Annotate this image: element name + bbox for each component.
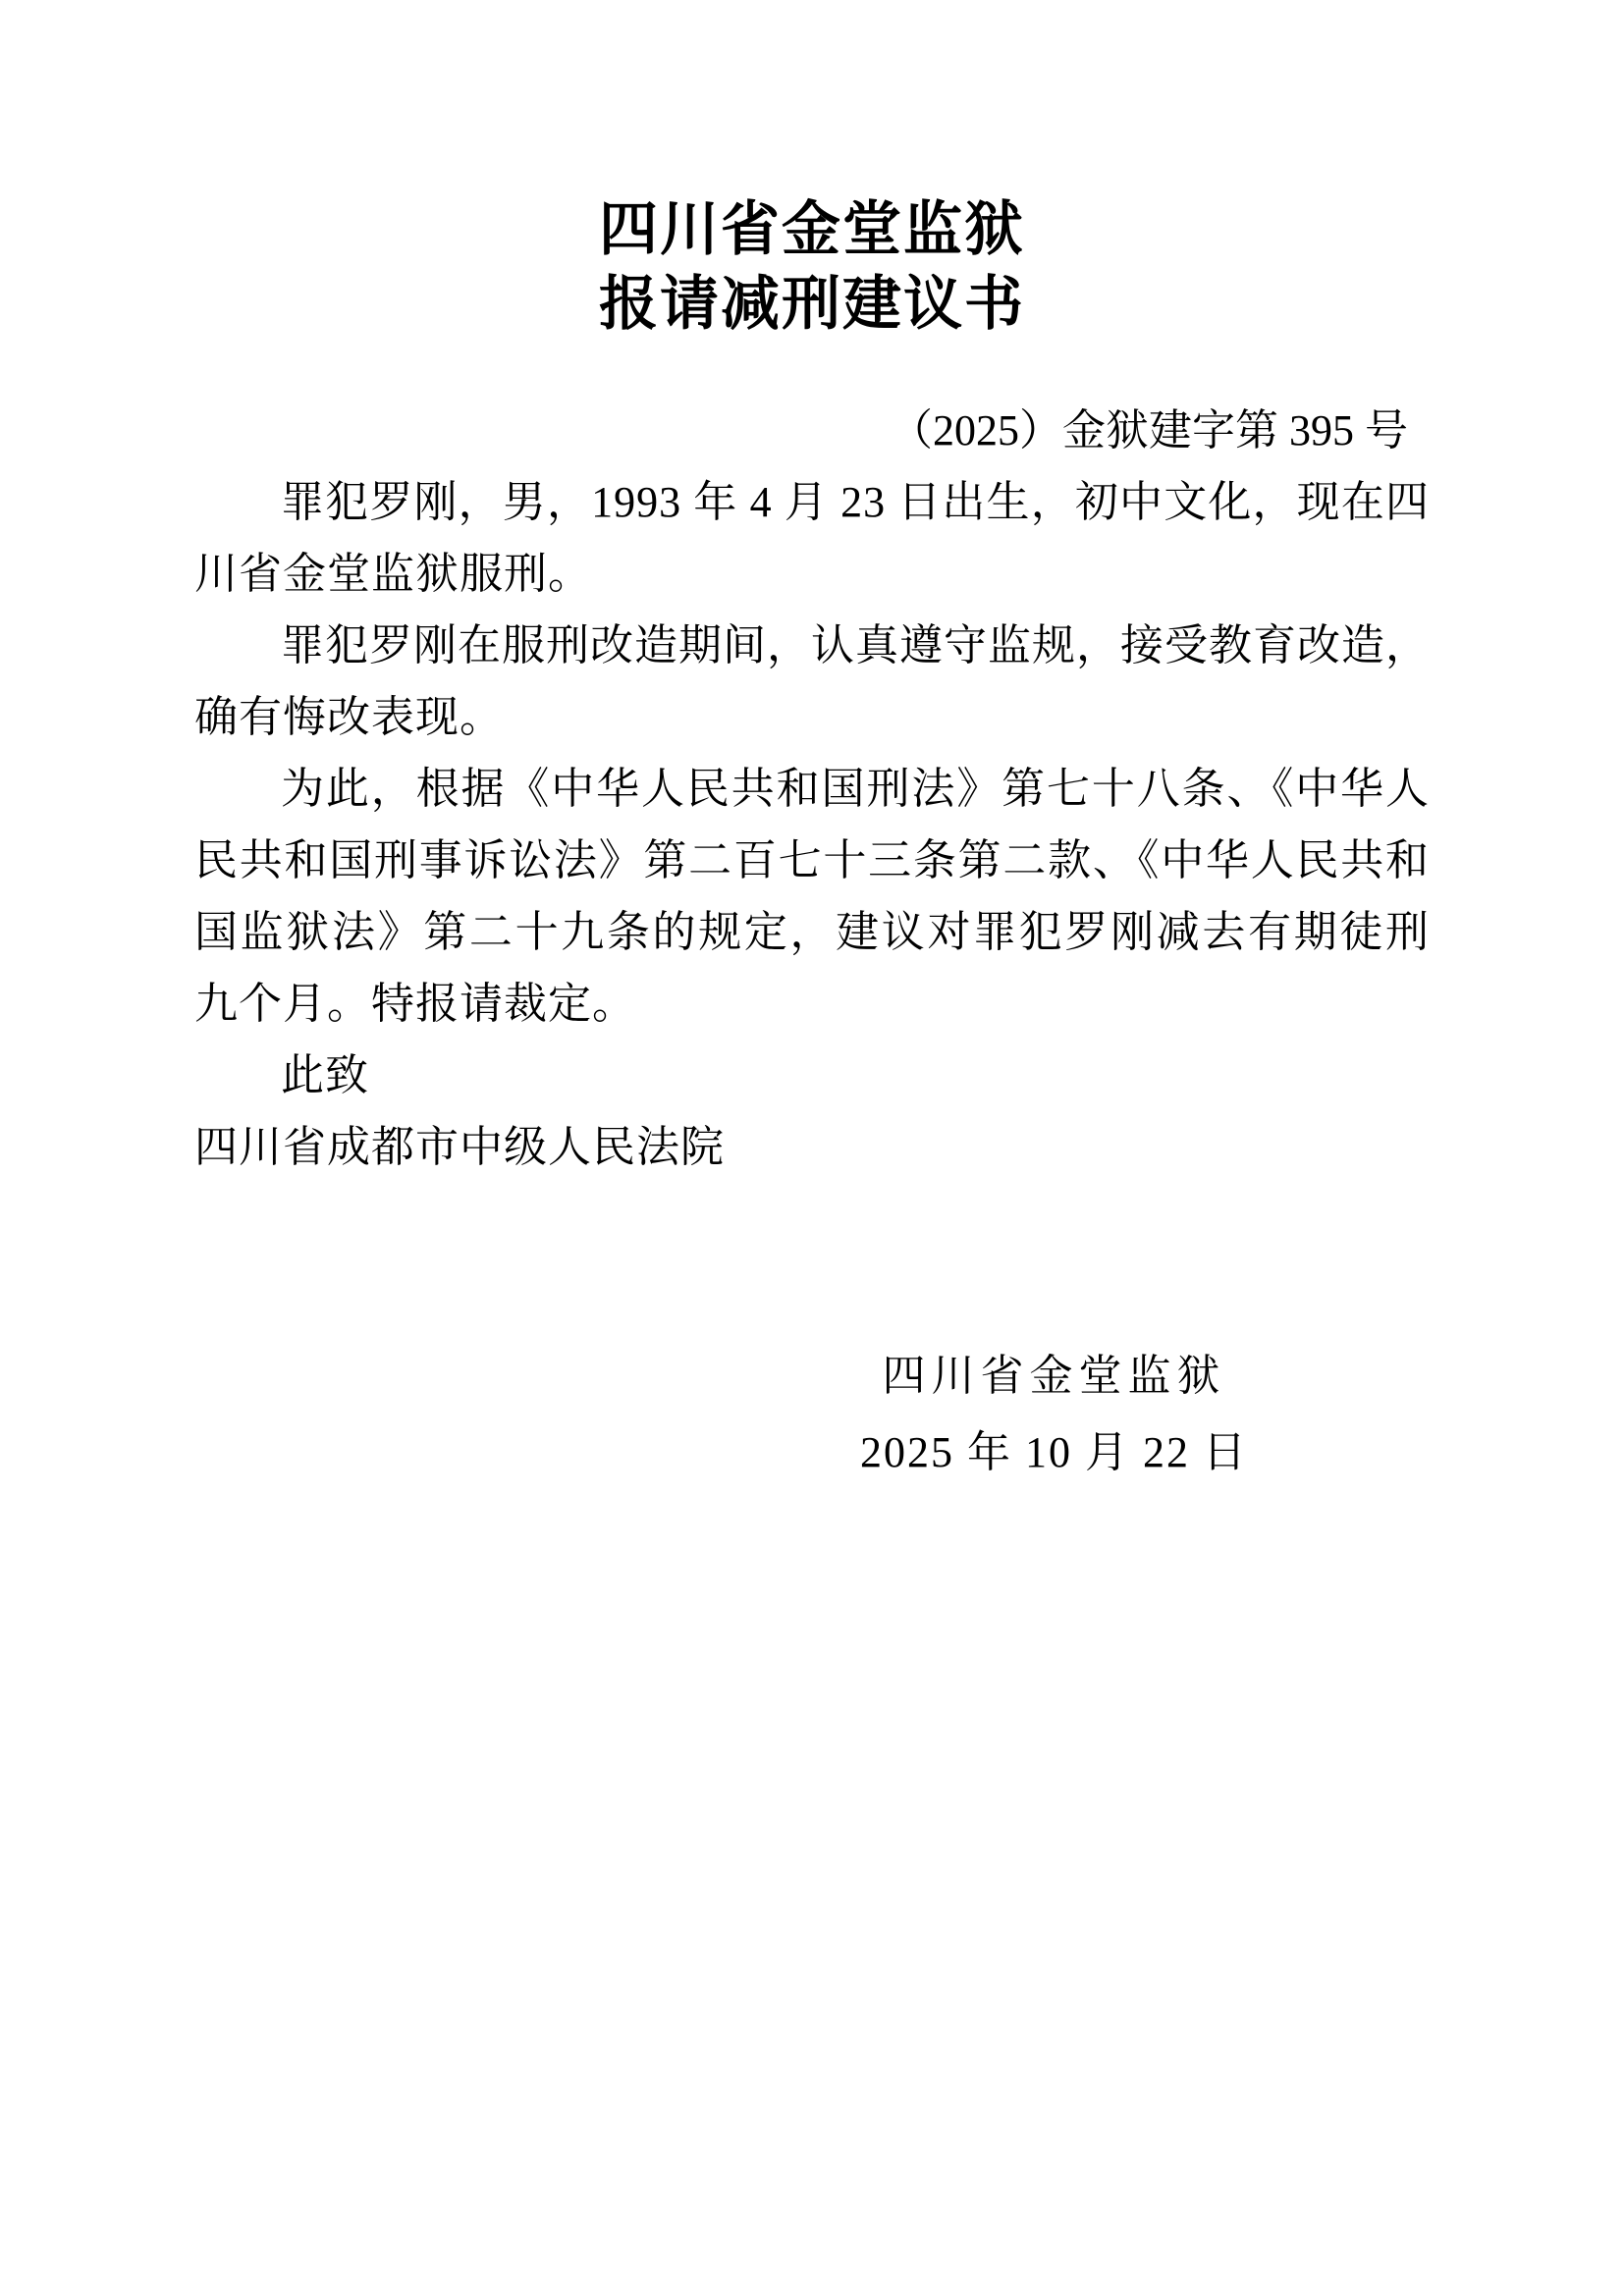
paragraph-legal-basis: 为此，根据《中华人民共和国刑法》第七十八条、《中华人民共和国刑事诉讼法》第二百七… xyxy=(194,753,1430,1040)
document-number: （2025）金狱建字第 395 号 xyxy=(194,395,1430,466)
paragraph-offender-info: 罪犯罗刚，男，1993 年 4 月 23 日出生，初中文化，现在四川省金堂监狱服… xyxy=(194,466,1430,610)
signature-date: 2025 年 10 月 22 日 xyxy=(860,1415,1248,1491)
signature-organization: 四川省金堂监狱 xyxy=(860,1338,1248,1415)
document-title-line2: 报请减刑建议书 xyxy=(194,267,1430,342)
recipient-court: 四川省成都市中级人民法院 xyxy=(194,1111,1430,1183)
salutation: 此致 xyxy=(194,1040,1430,1111)
document-title: 四川省金堂监狱 报请减刑建议书 xyxy=(194,192,1430,342)
document-body: 罪犯罗刚，男，1993 年 4 月 23 日出生，初中文化，现在四川省金堂监狱服… xyxy=(194,466,1430,1183)
document-title-line1: 四川省金堂监狱 xyxy=(194,192,1430,267)
signature-block: 四川省金堂监狱 2025 年 10 月 22 日 xyxy=(860,1338,1248,1491)
document-page: 四川省金堂监狱 报请减刑建议书 （2025）金狱建字第 395 号 罪犯罗刚，男… xyxy=(0,0,1624,2296)
paragraph-conduct: 罪犯罗刚在服刑改造期间，认真遵守监规，接受教育改造，确有悔改表现。 xyxy=(194,610,1430,753)
